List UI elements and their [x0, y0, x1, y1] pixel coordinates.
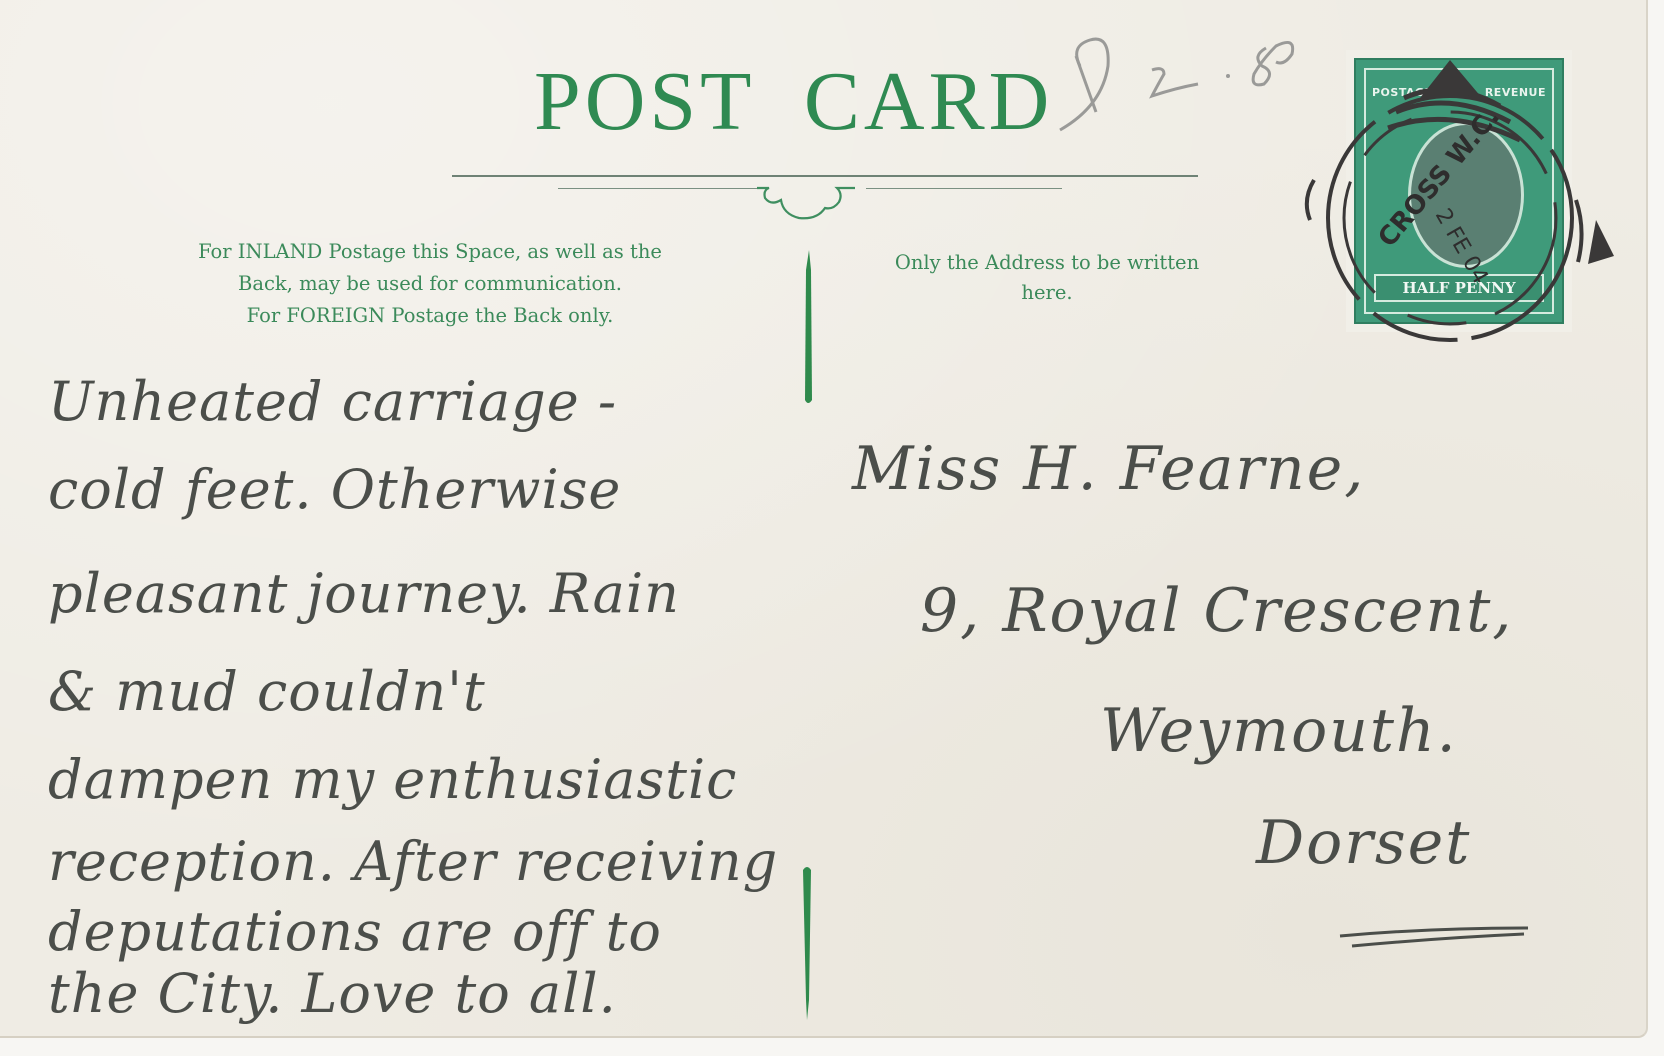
center-divider-top [800, 250, 816, 406]
address-line: 9, Royal Crescent, [920, 576, 1513, 646]
address-line: Dorset [1256, 808, 1471, 878]
message-line: the City. Love to all. [48, 962, 617, 1025]
postcard-back: POST CARD For INLAND Postage this Space,… [0, 0, 1648, 1038]
message-line: cold feet. Otherwise [48, 458, 621, 521]
address-line: Weymouth. [1100, 696, 1458, 766]
address-instructions: Only the Address to be written here. [872, 248, 1222, 308]
header-subrule-left [558, 188, 758, 189]
postcard-title: POST CARD [534, 60, 1094, 144]
header-rule [452, 175, 1198, 177]
header-subrule-right [866, 188, 1062, 189]
address-line: Miss H. Fearne, [852, 434, 1365, 504]
instruction-line: here. [872, 278, 1222, 308]
instruction-line: Back, may be used for communication. [110, 268, 750, 300]
svg-text:2 FE 04: 2 FE 04 [1430, 205, 1493, 289]
instruction-line: For INLAND Postage this Space, as well a… [110, 236, 750, 268]
message-line: & mud couldn't [48, 660, 486, 723]
message-line: Unheated carriage - [48, 370, 617, 433]
message-line: reception. After receiving [48, 830, 778, 893]
address-underline [1338, 924, 1538, 954]
message-line: deputations are off to [48, 900, 662, 963]
instruction-line: For FOREIGN Postage the Back only. [110, 300, 750, 332]
instruction-line: Only the Address to be written [872, 248, 1222, 278]
scroll-ornament-icon [755, 180, 871, 230]
message-line: dampen my enthusiastic [48, 748, 737, 811]
communication-instructions: For INLAND Postage this Space, as well a… [110, 236, 750, 332]
message-line: pleasant journey. Rain [48, 562, 680, 625]
pencil-annotation: D 2.80 [1040, 26, 1310, 136]
postmark-cancellation: CROSS W.C. CROSS W.C. 2 FE 04 [1300, 50, 1620, 350]
center-divider-bottom [800, 864, 816, 1020]
